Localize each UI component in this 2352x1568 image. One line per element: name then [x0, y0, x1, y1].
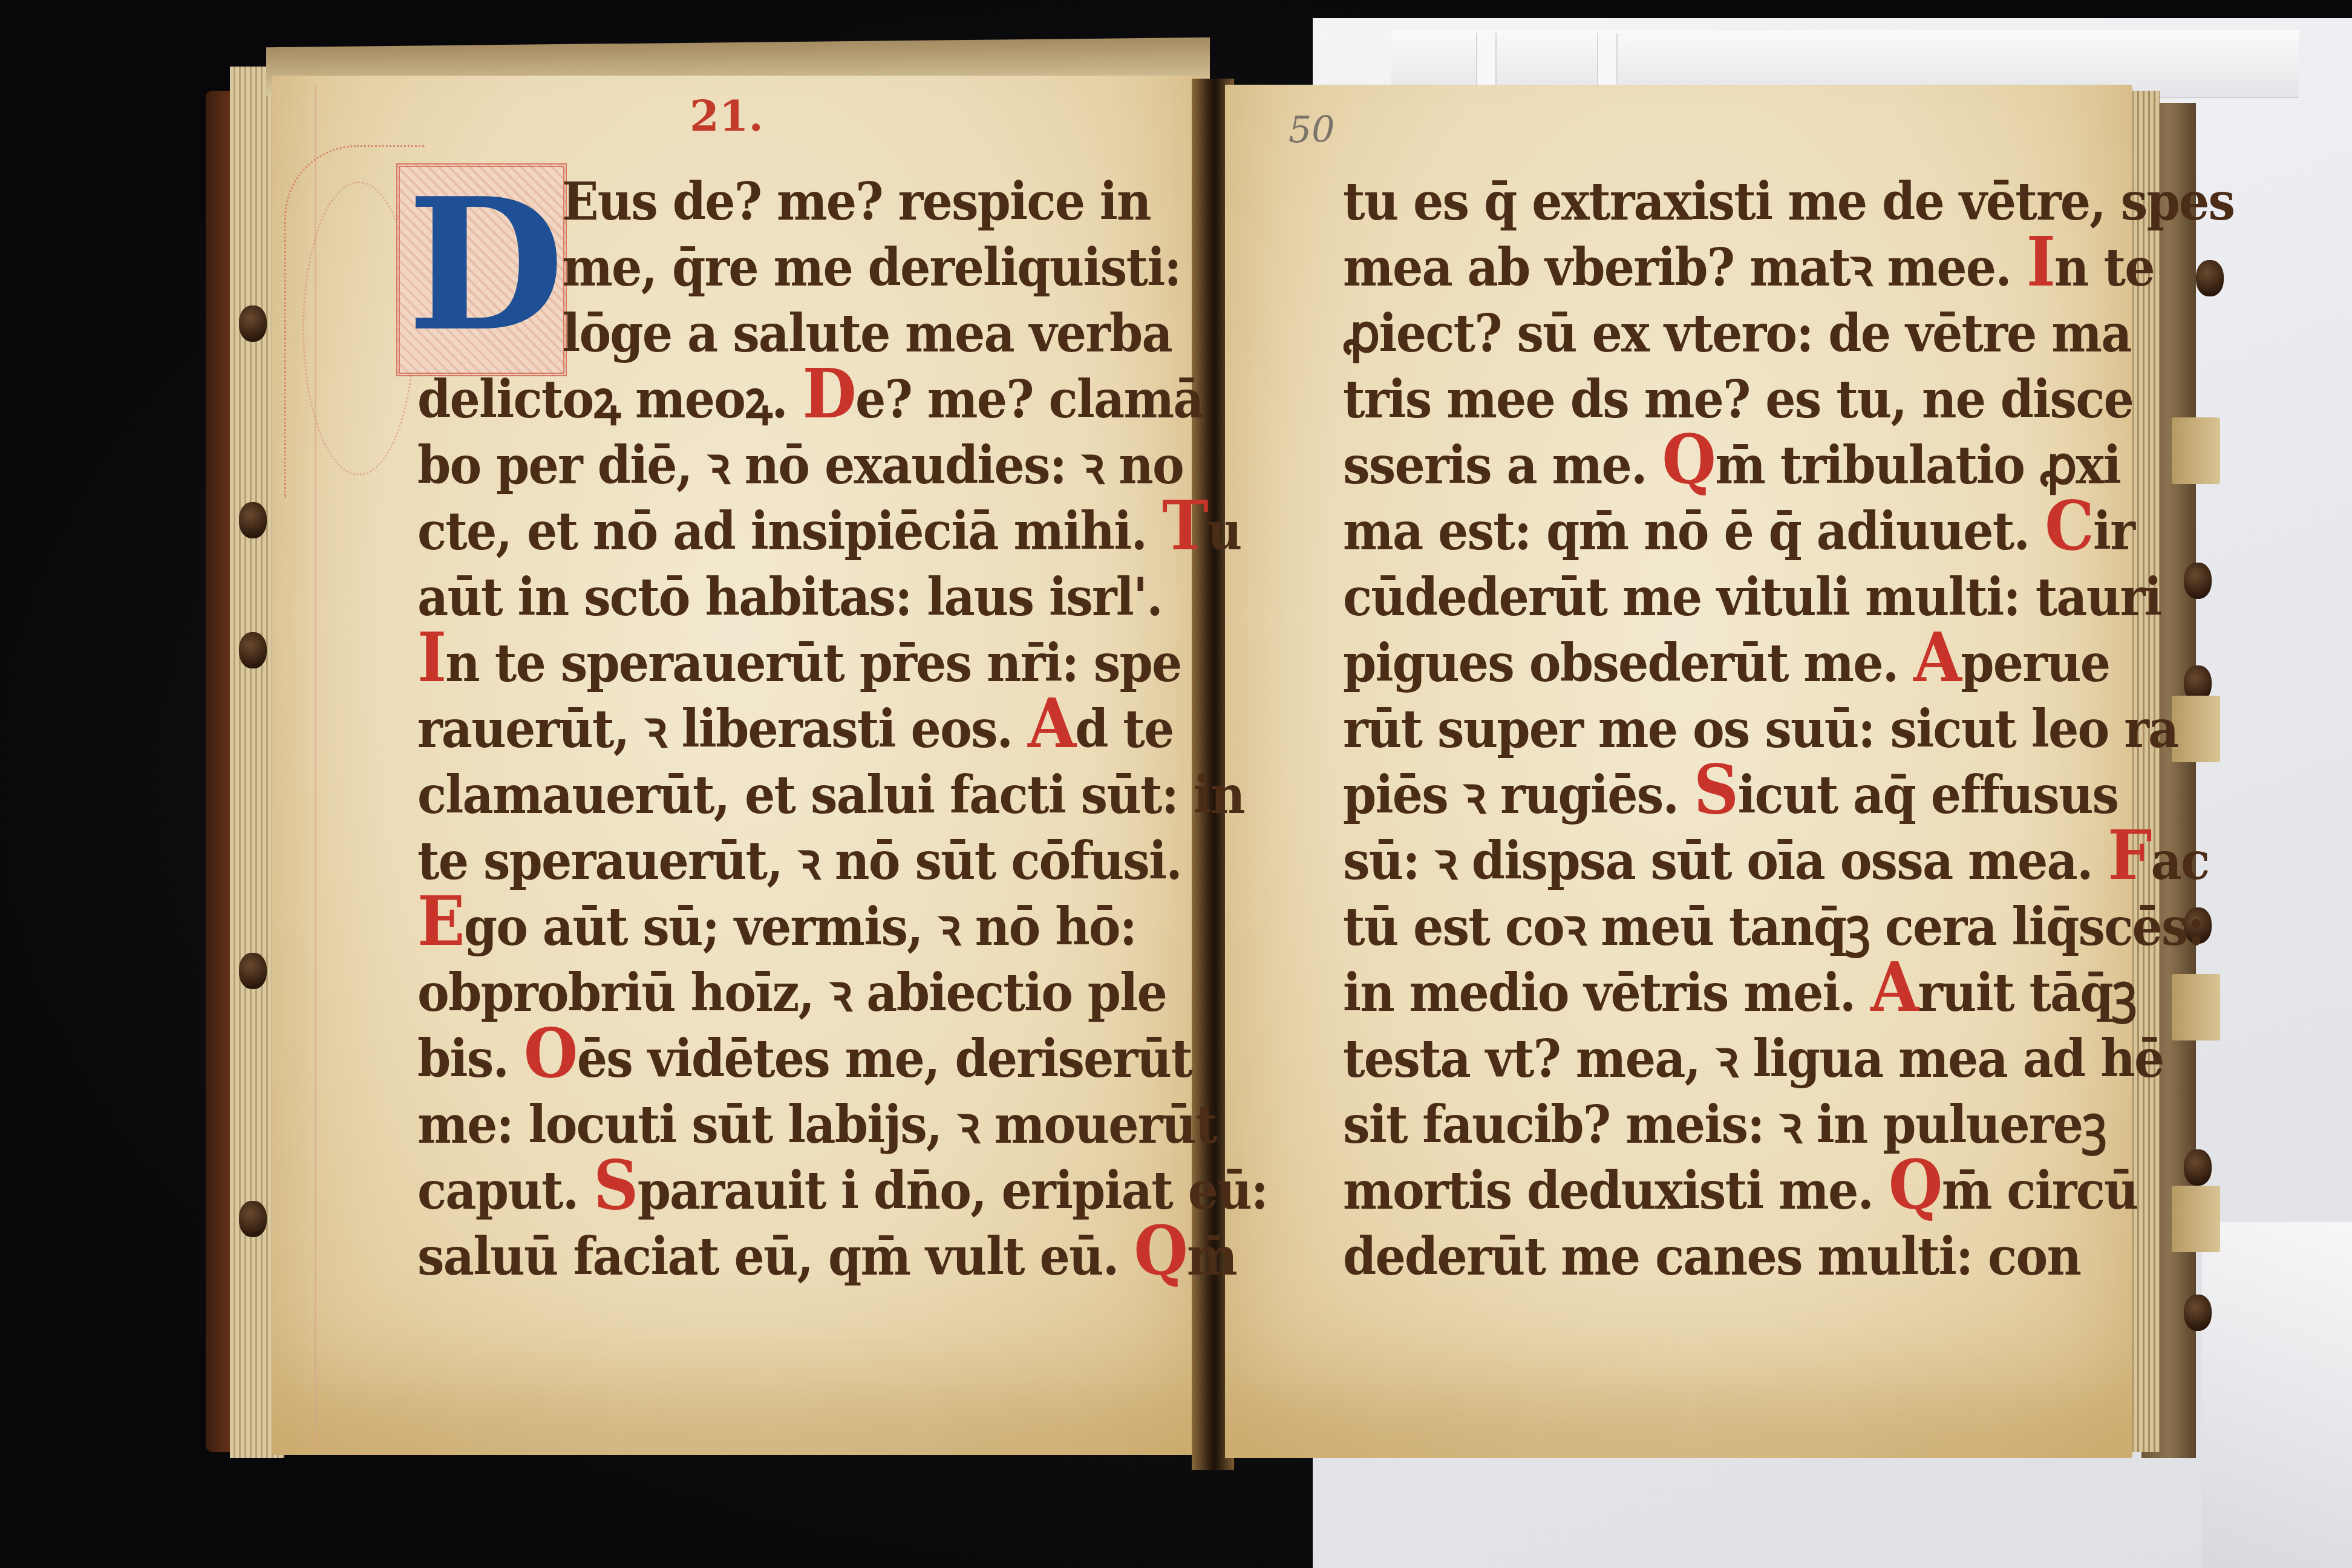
line-text: ir — [2093, 501, 2134, 562]
line-text: lōge a salute mea verba — [562, 303, 1172, 364]
line-text: mortis deduxisti me. — [1343, 1160, 1889, 1221]
line-text: sseris a me. — [1343, 435, 1662, 496]
manuscript-line: sseris a me. Qm̄ tribulatio ꝓxi — [1343, 427, 2005, 493]
manuscript-line: tris mee ds me? es tu, ne disce — [1343, 361, 2005, 427]
rubricated-initial: I — [2027, 223, 2054, 302]
line-text: ma est: qm̄ nō ē q̄ adiuuet. — [1343, 501, 2045, 562]
line-text: u — [1207, 501, 1241, 562]
manuscript-line: cūdederūt me vituli multi: tauri — [1343, 559, 2005, 625]
manuscript-line: tu es q̄ extraxisti me de vētre, spes — [1343, 163, 2005, 229]
rubricated-initial: A — [1913, 618, 1961, 697]
manuscript-line: delictoꝝ meoꝝ. De? me? clamā — [417, 361, 1074, 427]
binding-nail — [239, 632, 267, 668]
manuscript-line: pigues obsederūt me. Aperue — [1343, 625, 2005, 691]
manuscript-line: piēs ꝛ rugiēs. Sicut aq̄ effusus — [1343, 757, 2005, 823]
manuscript-line: In te sperauerūt pr̄es nr̄i: spe — [417, 625, 1074, 691]
manuscript-line: aūt in sctō habitas: laus isrl'. — [417, 559, 1074, 625]
manuscript-line: Ego aūt sū; vermis, ꝛ nō hō: — [417, 889, 1074, 955]
rubricated-initial: A — [1028, 684, 1075, 763]
line-text: tu es q̄ extraxisti me de vētre, spes — [1343, 171, 2234, 232]
manuscript-line: rūt super me os suū: sicut leo ra — [1343, 691, 2005, 757]
rubricated-initial: C — [2045, 486, 2093, 566]
line-text: perue — [1961, 633, 2109, 694]
line-text: ac — [2151, 831, 2209, 892]
rubricated-initial: D — [803, 354, 856, 434]
left-page-text: Eus de? me? respice inme, q̄re me dereli… — [417, 163, 1131, 1284]
manuscript-line: mea ab vberib? matꝛ mee. In te — [1343, 229, 2005, 295]
manuscript-line: cte, et nō ad insipiēciā mihi. Tu — [417, 493, 1074, 559]
binding-nail — [2196, 260, 2224, 296]
line-text: rauerūt, ꝛ liberasti eos. — [417, 699, 1028, 760]
line-text: sū: ꝛ dispsa sūt oīa ossa mea. — [1343, 831, 2108, 892]
line-text: te sperauerūt, ꝛ nō sūt cōfusi. — [417, 831, 1181, 892]
rubricated-initial: Q — [1662, 420, 1715, 500]
binding-nail — [2184, 1295, 2212, 1331]
manuscript-line: caput. Sparauit i dn̄o, eripiat eū: — [417, 1152, 1074, 1218]
manuscript-line: Eus de? me? respice in — [417, 163, 1074, 229]
line-text: ꝓiect? sū ex vtero: de vētre ma — [1343, 303, 2131, 364]
binding-nail — [2184, 563, 2212, 599]
rubricated-initial: Q — [1889, 1146, 1942, 1225]
page-tab — [2172, 417, 2220, 484]
right-folio-number: 50 — [1289, 109, 1334, 151]
line-text: caput. — [417, 1160, 593, 1221]
manuscript-line: sū: ꝛ dispsa sūt oīa ossa mea. Fac — [1343, 823, 2005, 889]
manuscript-line: sit faucib? meis: ꝛ in puluereꝫ — [1343, 1086, 2005, 1152]
right-page-text: tu es q̄ extraxisti me de vētre, spesmea… — [1343, 163, 2063, 1284]
manuscript-line: in medio vētris mei. Aruit tāq̄ꝫ — [1343, 955, 2005, 1021]
line-text: m̄ circū — [1942, 1160, 2138, 1221]
line-text: dederūt me canes multi: con — [1343, 1226, 2080, 1287]
rubricated-initial: F — [2108, 816, 2151, 895]
manuscript-line: clamauerūt, et salui facti sūt: in — [417, 757, 1074, 823]
binding-nail — [239, 502, 267, 538]
line-text: bo per diē, ꝛ nō exaudies: ꝛ no — [417, 435, 1183, 496]
line-text: Eus de? me? respice in — [562, 171, 1151, 232]
left-folio-number: 21. — [690, 91, 763, 141]
page-tab — [2172, 974, 2220, 1040]
line-text: aūt in sctō habitas: laus isrl'. — [417, 567, 1162, 628]
line-text: mea ab vberib? matꝛ mee. — [1343, 237, 2027, 298]
manuscript-line: testa vt? mea, ꝛ ligua mea ad hē — [1343, 1021, 2005, 1086]
line-text: m̄ — [1187, 1226, 1236, 1287]
line-text: d te — [1075, 699, 1173, 760]
manuscript-line: obprobriū hoīz, ꝛ abiectio ple — [417, 955, 1074, 1021]
manuscript-line: ma est: qm̄ nō ē q̄ adiuuet. Cir — [1343, 493, 2005, 559]
line-text: clamauerūt, et salui facti sūt: in — [417, 765, 1244, 826]
manuscript-line: tū est coꝛ meū tanq̄ꝫ cera liq̄scēs: — [1343, 889, 2005, 955]
line-text: bis. — [417, 1028, 524, 1089]
manuscript-line: ꝓiect? sū ex vtero: de vētre ma — [1343, 295, 2005, 361]
line-text: e? me? clamā — [855, 369, 1203, 430]
rubricated-initial: I — [417, 618, 445, 697]
binding-nail — [239, 953, 267, 989]
line-text: in medio vētris mei. — [1343, 962, 1870, 1024]
line-text: tris mee ds me? es tu, ne disce — [1343, 369, 2133, 430]
rubricated-initial: T — [1162, 486, 1207, 566]
rubricated-initial: E — [417, 882, 464, 961]
line-text: cūdederūt me vituli multi: tauri — [1343, 567, 2161, 628]
manuscript-line: saluū faciat eū, qm̄ vult eū. Qm̄ — [417, 1218, 1074, 1284]
rubricated-initial: S — [1694, 750, 1738, 829]
line-text: sit faucib? meis: ꝛ in puluereꝫ — [1343, 1094, 2106, 1155]
line-text: saluū faciat eū, qm̄ vult eū. — [417, 1226, 1134, 1287]
line-text: n te — [2054, 237, 2154, 298]
line-text: icut aq̄ effusus — [1737, 765, 2118, 826]
manuscript-line: mortis deduxisti me. Qm̄ circū — [1343, 1152, 2005, 1218]
tissue-paper-fold — [2202, 1222, 2352, 1568]
line-text: ruit tāq̄ꝫ — [1918, 962, 2135, 1024]
line-text: cte, et nō ad insipiēciā mihi. — [417, 501, 1162, 562]
binding-nail — [2184, 1149, 2212, 1186]
line-text: delictoꝝ meoꝝ. — [417, 369, 803, 430]
rubricated-initial: S — [593, 1146, 638, 1225]
line-text: go aūt sū; vermis, ꝛ nō hō: — [464, 897, 1136, 958]
binding-nail — [239, 1201, 267, 1237]
line-text: testa vt? mea, ꝛ ligua mea ad hē — [1343, 1028, 2163, 1089]
manuscript-line: me: locuti sūt labijs, ꝛ mouerūt — [417, 1086, 1074, 1152]
line-text: me: locuti sūt labijs, ꝛ mouerūt — [417, 1094, 1217, 1155]
page-tab — [2172, 1186, 2220, 1252]
binding-nail — [239, 305, 267, 342]
manuscript-line: bis. Oēs vidētes me, deriserūt — [417, 1021, 1074, 1086]
rubricated-initial: O — [524, 1014, 577, 1093]
manuscript-line: rauerūt, ꝛ liberasti eos. Ad te — [417, 691, 1074, 757]
manuscript-line: dederūt me canes multi: con — [1343, 1218, 2005, 1284]
manuscript-line: te sperauerūt, ꝛ nō sūt cōfusi. — [417, 823, 1074, 889]
manuscript-line: me, q̄re me dereliquisti: — [417, 229, 1074, 295]
line-text: me, q̄re me dereliquisti: — [562, 237, 1181, 298]
line-text: tū est coꝛ meū tanq̄ꝫ cera liq̄scēs: — [1343, 897, 2204, 958]
manuscript-line: lōge a salute mea verba — [417, 295, 1074, 361]
line-text: rūt super me os suū: sicut leo ra — [1343, 699, 2178, 760]
line-text: pigues obsederūt me. — [1343, 633, 1913, 694]
line-text: ēs vidētes me, deriserūt — [577, 1028, 1192, 1089]
page-tab — [2172, 696, 2220, 762]
rubricated-initial: A — [1870, 948, 1918, 1027]
rubricated-initial: Q — [1134, 1212, 1187, 1291]
manuscript-line: bo per diē, ꝛ nō exaudies: ꝛ no — [417, 427, 1074, 493]
line-text: piēs ꝛ rugiēs. — [1343, 765, 1694, 826]
